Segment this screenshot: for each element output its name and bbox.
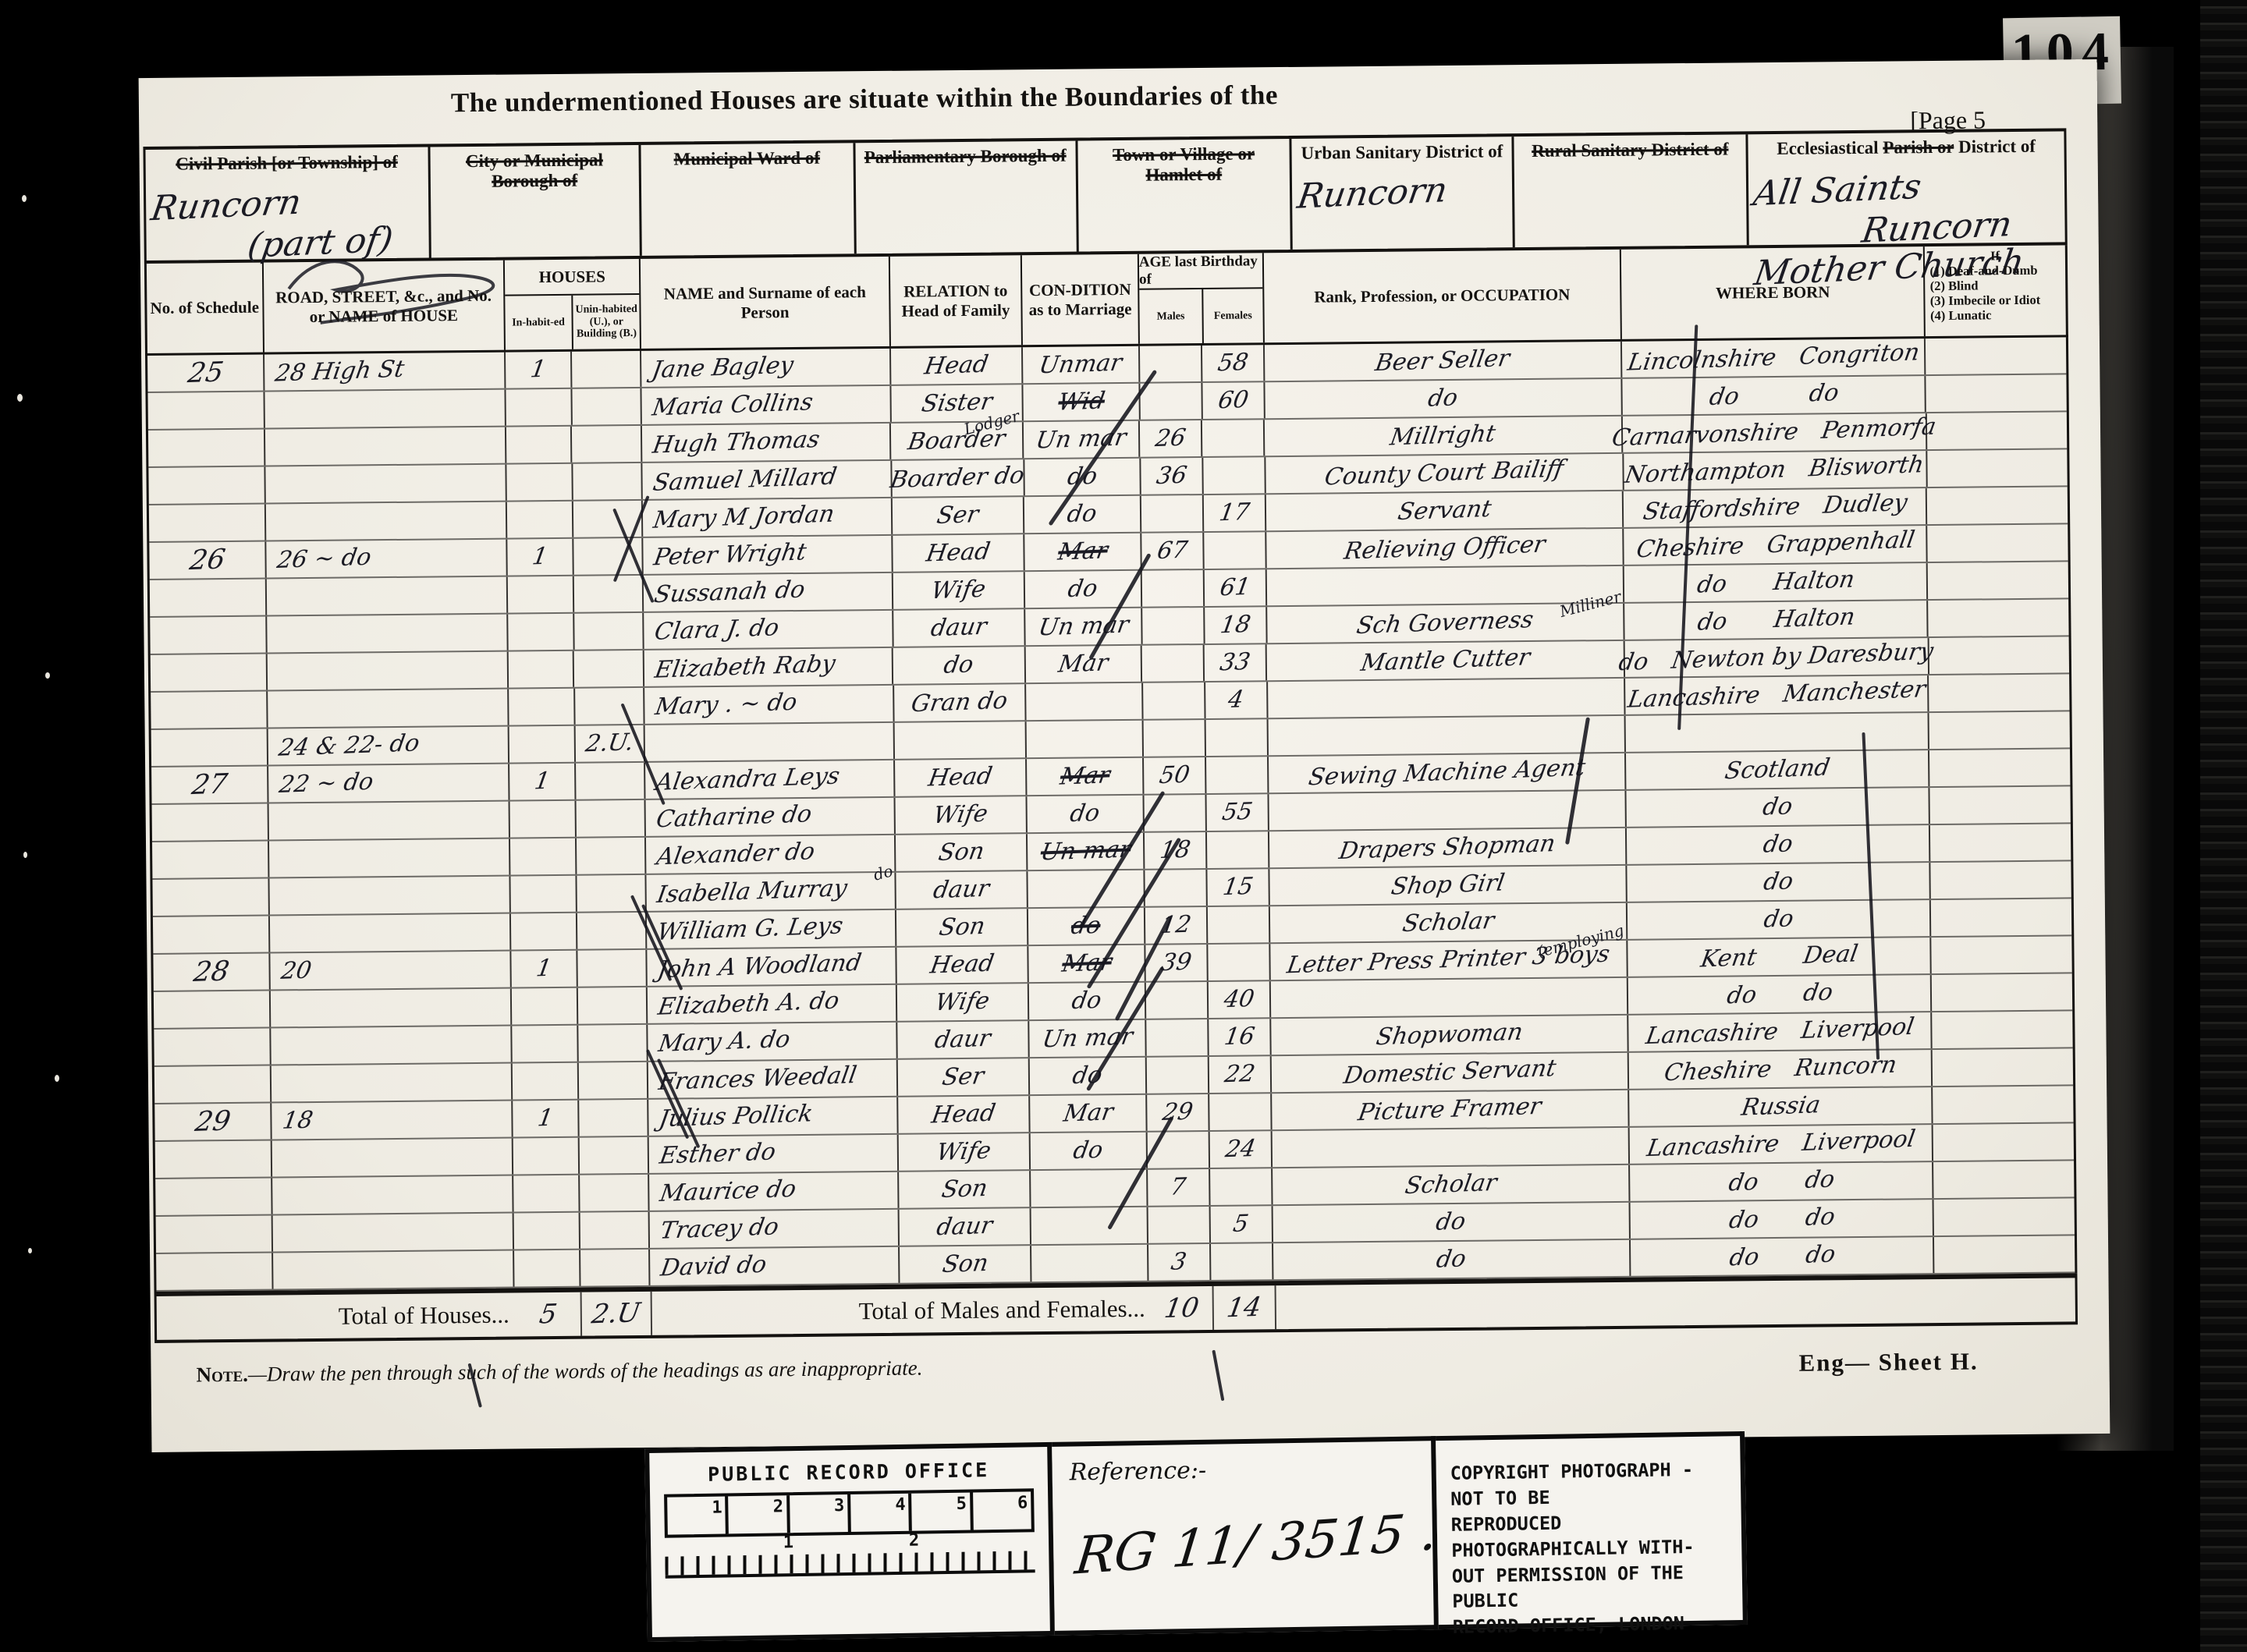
disability-line: If (1929, 248, 2061, 264)
cell-name-text: Jane Bagley (651, 354, 796, 382)
cell-occupation: Drapers Shopman (1269, 828, 1627, 867)
cell-where-born: do do (1623, 376, 1926, 415)
cell-occupation: do (1273, 1203, 1631, 1242)
cell-name-text: Isabella Murray (655, 877, 849, 907)
cell-age-female-text: 24 (1223, 1137, 1257, 1161)
cell-inhabited (513, 1063, 579, 1100)
cell-schedule: 26 (149, 542, 266, 579)
cell-schedule (156, 1216, 273, 1253)
total-mf-label: Total of Males and Females... (652, 1287, 1152, 1335)
cell-inhabited (508, 576, 574, 613)
col-header-occupation: Rank, Profession, or OCCUPATION (1263, 250, 1622, 342)
cell-occupation-text: Drapers Shopman (1337, 832, 1557, 863)
cell-condition-text: Unmar (1038, 352, 1124, 378)
cell-name-text: Catharine do (655, 803, 814, 831)
cell-where-born: do (1627, 788, 1930, 827)
col-header-schedule: No. of Schedule (147, 263, 264, 353)
cell-relation: Head (891, 347, 1024, 385)
cell-age-male: 26 (1140, 420, 1202, 457)
cell-occupation-text: Relieving Officer (1342, 533, 1546, 563)
cell-road (264, 427, 506, 466)
cell-road (272, 1214, 514, 1252)
pro-ruler-box: PUBLIC RECORD OFFICE 123456 1 2 (644, 1442, 1055, 1642)
cell-uninhabited (579, 1100, 649, 1136)
copyright-line: RECORD OFFICE, LONDON (1453, 1611, 1731, 1640)
cell-age-male (1142, 570, 1205, 607)
cell-where-born: do Halton (1624, 563, 1928, 602)
geo-header-label: Municipal Ward of (641, 143, 853, 169)
cell-where-born: do do (1631, 1237, 1934, 1276)
cell-inhabited (506, 427, 573, 463)
cell-age-male: 3 (1148, 1244, 1211, 1281)
ruler-cell-number: 5 (957, 1494, 967, 1514)
cell-occupation-text: Scholar (1403, 1172, 1498, 1198)
cell-disability (1933, 1011, 2073, 1048)
cell-condition-text: Mar (1058, 764, 1111, 789)
cell-condition (1028, 870, 1145, 907)
cell-uninhabited (580, 1212, 650, 1249)
cell-where-born: Lancashire Manchester (1625, 675, 1929, 714)
cell-age-female: 61 (1204, 569, 1266, 606)
cell-age-male (1148, 1132, 1210, 1168)
cell-relation: Ser (893, 497, 1025, 534)
cell-uninhabited-text: 2.U. (584, 731, 636, 756)
cell-road (269, 877, 511, 915)
cell-inhabited (506, 389, 572, 426)
col-header-disability: If (1) Deaf-and-Dumb (2) Blind (3) Imbec… (1925, 245, 2066, 336)
cell-condition: Mar (1025, 534, 1142, 570)
cell-occupation: Picture Framer (1272, 1090, 1630, 1129)
cell-age-female-text: 18 (1218, 613, 1251, 637)
cell-age-male-text: 50 (1158, 764, 1191, 788)
cell-disability (1929, 599, 2069, 636)
disability-line: (4) Lunatic (1930, 307, 2061, 324)
cell-schedule-text: 29 (193, 1108, 232, 1136)
copyright-line: COPYRIGHT PHOTOGRAPH - NOT TO BE (1450, 1456, 1729, 1512)
cell-road (271, 1064, 513, 1102)
cell-road-text: 24 & 22- do (277, 732, 421, 760)
cell-road-text: 26 ~ do (275, 546, 373, 573)
cell-relation-text: daur (933, 1027, 992, 1053)
cell-age-male: 29 (1147, 1094, 1209, 1131)
cell-where-born: Carnarvonshire Penmorfa (1622, 413, 1926, 452)
geo-header-box: Municipal Ward of (641, 143, 856, 256)
cell-relation-text: Wife (934, 990, 992, 1016)
cell-schedule (153, 916, 270, 953)
cell-occupation: Servant (1265, 491, 1624, 530)
cell-condition-text: do (1070, 989, 1103, 1013)
cell-name: Peter Wright (644, 536, 893, 574)
cell-occupation-text: Sewing Machine Agent (1307, 757, 1587, 790)
cell-age-female (1207, 831, 1269, 868)
cell-occupation: Sch GovernessMilliner (1267, 604, 1625, 643)
cell-name-text: Tracey do (659, 1215, 781, 1243)
cell-disability (1932, 936, 2072, 973)
cell-where-born-text: Cheshire Runcorn (1663, 1054, 1898, 1086)
cell-relation-text: Head (930, 1102, 997, 1128)
cell-occupation-text: do (1435, 1247, 1468, 1271)
cell-inhabited (512, 1026, 578, 1062)
cell-where-born-text: do (1762, 907, 1795, 931)
footer-note-text: —Draw the pen through such of the words … (248, 1356, 923, 1386)
cell-where-born: Kent Deal (1628, 938, 1932, 977)
total-houses-label: Total of Houses... (157, 1293, 516, 1340)
cell-age-female: 4 (1205, 682, 1268, 718)
cell-uninhabited (580, 1250, 651, 1286)
cell-occupation: Sewing Machine Agent (1269, 753, 1627, 792)
cell-occupation: Millright (1265, 417, 1623, 456)
pro-ruler-ticks: 1 2 (665, 1532, 1035, 1578)
cell-condition: do (1025, 571, 1142, 608)
cell-schedule (154, 1029, 271, 1065)
cell-where-born-text: do do (1725, 981, 1834, 1009)
cell-where-born-text: Lancashire Liverpool (1645, 1128, 1917, 1161)
cell-relation: daur (897, 1021, 1030, 1058)
cell-where-born-text: Lincolnshire Congriton (1626, 341, 1921, 374)
cell-name: Elizabeth Raby (644, 648, 894, 686)
col-group-houses: HOUSES In-habit-ed Unin-habited (U.), or… (505, 259, 642, 350)
footer-note-prefix: Note. (196, 1363, 248, 1387)
cell-where-born: do do (1631, 1200, 1934, 1239)
cell-schedule (155, 1179, 272, 1215)
cell-relation: Boarder do (892, 459, 1024, 497)
cell-age-male (1142, 645, 1205, 682)
cell-disability (1934, 1235, 2075, 1273)
col-header-relation: RELATION to Head of Family (890, 255, 1024, 346)
cell-uninhabited (578, 1062, 648, 1099)
cell-uninhabited (574, 651, 644, 687)
cell-inhabited: 1 (507, 539, 573, 576)
cell-condition: Un mar (1024, 421, 1141, 458)
cell-disability (1926, 337, 2066, 374)
margin-speck (17, 394, 23, 402)
col-header-inhabited: In-habit-ed (505, 296, 573, 350)
geo-label-part: District of (1954, 136, 2036, 157)
cell-inhabited: 1 (506, 352, 572, 388)
geo-header-label: Urban Sanitary District of (1292, 136, 1512, 163)
geo-handwritten-value: Runcorn (1298, 171, 1518, 213)
cell-inhabited (509, 726, 575, 763)
cell-relation-text: Wife (930, 578, 988, 604)
geo-label-part: Parish or (1883, 137, 1954, 158)
pro-ruler-scale: 123456 (664, 1488, 1035, 1537)
cell-occupation-text: Servant (1396, 498, 1493, 524)
cell-occupation-text: Shop Girl (1390, 871, 1507, 899)
cell-road (267, 615, 509, 653)
cell-name-text: Maurice do (658, 1178, 798, 1206)
disability-line: (1) Deaf-and-Dumb (1929, 263, 2061, 279)
cell-road: 22 ~ do (268, 764, 510, 803)
cell-inhabited (508, 614, 574, 651)
cell-occupation: Mantle Cutter (1266, 641, 1624, 680)
cell-road: 28 High St (264, 353, 506, 391)
cell-name: Clara J. do (644, 611, 894, 649)
cell-relation: daur (899, 1208, 1031, 1246)
copyright-text: COPYRIGHT PHOTOGRAPH - NOT TO BEREPRODUC… (1436, 1436, 1743, 1640)
cell-name: Mary A. do (648, 1023, 898, 1061)
cell-relation-text: Sister (920, 390, 994, 416)
cell-condition: do (1028, 796, 1145, 832)
cell-uninhabited (572, 388, 642, 425)
cell-age-female: 17 (1204, 495, 1266, 531)
cell-age-female-text: 61 (1218, 576, 1251, 600)
cell-occupation: Shopwoman (1271, 1016, 1629, 1055)
cell-schedule (152, 804, 269, 841)
cell-relation-text: Gran do (910, 690, 1010, 716)
cell-disability (1933, 1086, 2074, 1123)
geo-header-label: Ecclesiastical Parish or District of (1748, 131, 2064, 159)
cell-where-born: Russia (1630, 1087, 1933, 1126)
cell-age-female: 18 (1205, 607, 1267, 643)
cell-road (266, 577, 508, 615)
cell-age-male (1146, 1019, 1209, 1056)
cell-inhabited-text: 1 (534, 957, 553, 981)
cell-uninhabited (579, 1137, 649, 1174)
cell-name-text: William G. Leys (656, 914, 845, 945)
cell-condition-text: Mar (1056, 651, 1109, 676)
sheet-designation: Eng— Sheet H. (1798, 1348, 1978, 1377)
cell-age-female (1202, 420, 1265, 456)
cell-uninhabited (574, 613, 644, 650)
cell-relation: Wife (898, 1133, 1031, 1171)
cell-age-female (1211, 1243, 1273, 1280)
cell-age-female-text: 17 (1217, 501, 1251, 525)
cell-road (265, 502, 507, 541)
ruler-number: 2 (909, 1531, 920, 1551)
cell-schedule (148, 467, 265, 504)
cell-disability (1933, 1161, 2074, 1198)
cell-relation: BoarderLodger (891, 422, 1024, 459)
cell-relation: daur (896, 871, 1028, 909)
cell-age-female (1210, 1168, 1273, 1205)
cell-road (270, 989, 512, 1027)
cell-occupation: Scholar (1273, 1165, 1631, 1204)
cell-age-female (1208, 906, 1270, 943)
cell-where-born: Lancashire Liverpool (1630, 1125, 1933, 1164)
ruler-cell: 3 (790, 1494, 851, 1533)
cell-age-female: 22 (1209, 1056, 1271, 1093)
cell-where-born-text: do Newton by Daresbury (1617, 640, 1935, 675)
cell-inhabited-text: 1 (531, 545, 549, 569)
cell-name-text: John A Woodland (656, 952, 864, 982)
cell-age-male (1148, 1207, 1210, 1243)
cell-occupation: County Court Bailiff (1265, 454, 1624, 493)
cell-name-text: Alexander do (655, 840, 817, 869)
cell-age-male: 12 (1145, 907, 1208, 944)
cell-name: Alexander do (646, 835, 896, 874)
cell-schedule (152, 879, 269, 916)
col-header-uninhabited: Unin-habited (U.), or Building (B.) (573, 295, 640, 349)
cell-uninhabited (572, 351, 642, 388)
cell-where-born: Northampton Blisworth (1624, 451, 1927, 490)
cell-relation (894, 721, 1027, 759)
col-header-females: Females (1203, 289, 1262, 343)
cell-occupation-text: County Court Bailiff (1322, 458, 1565, 490)
cell-name: John A Woodland (648, 948, 897, 986)
cell-road (268, 690, 509, 728)
cell-relation: daur (893, 609, 1026, 647)
film-edge-noise (2200, 0, 2247, 1652)
cell-where-born-text: do Halton (1695, 568, 1856, 597)
cell-uninhabited (573, 576, 644, 612)
cell-schedule-text: 28 (191, 958, 230, 987)
cell-inhabited (512, 988, 578, 1025)
cell-name-text: Elizabeth A. do (657, 989, 841, 1019)
cell-age-female-text: 15 (1221, 875, 1255, 899)
cell-uninhabited (572, 426, 642, 463)
cell-schedule (154, 1066, 272, 1103)
cell-name: Mary M Jordan (643, 498, 893, 537)
cell-name: Catharine do (646, 798, 896, 836)
cell-age-male (1140, 383, 1202, 420)
cell-uninhabited (577, 913, 648, 949)
cell-name: Frances Weedall (648, 1060, 898, 1098)
cell-relation-text: Head (923, 353, 990, 379)
cell-uninhabited (577, 950, 648, 987)
cell-occupation-text: Sch Governess (1355, 608, 1535, 638)
cell-relation-text: Head (925, 541, 992, 566)
cell-condition (1026, 683, 1143, 720)
cell-relation-text: do (942, 653, 975, 677)
margin-speck (22, 195, 27, 202)
cell-schedule (147, 392, 264, 429)
cell-road (270, 914, 512, 952)
cell-relation-text: Son (936, 840, 985, 865)
cell-disability (1930, 824, 2071, 861)
total-houses-inhabited: 5 (516, 1292, 583, 1337)
cell-where-born: Cheshire Grappenhall (1624, 526, 1928, 565)
cell-schedule-text: 25 (186, 359, 225, 388)
cell-relation: Head (893, 534, 1025, 572)
cell-uninhabited (578, 1025, 648, 1062)
cell-relation: Son (896, 834, 1028, 871)
cell-age-male: 67 (1141, 533, 1204, 569)
cell-age-female-text: 5 (1231, 1212, 1250, 1236)
cell-schedule-text: 27 (190, 771, 229, 799)
cell-inhabited-text: 1 (536, 1107, 555, 1131)
cell-inhabited-text: 1 (533, 770, 552, 794)
ruler-cell: 5 (911, 1492, 973, 1530)
cell-road (269, 839, 511, 877)
cell-name-text: Clara J. do (653, 616, 781, 644)
geo-value-line: Runcorn (1295, 167, 1522, 217)
cell-where-born-text: Kent Deal (1699, 942, 1860, 971)
cell-age-female-text: 4 (1226, 688, 1245, 712)
geo-header-box: Rural Sanitary District of (1514, 134, 1749, 247)
cell-road (272, 1139, 513, 1177)
geo-header-label: Town or Village or Hamlet of (1077, 139, 1290, 186)
ruler-cell-number: 2 (773, 1497, 784, 1516)
cell-relation: Gran do (894, 684, 1027, 721)
cell-occupation: Shop Girl (1269, 866, 1628, 905)
cell-name: Hugh Thomas (642, 424, 892, 462)
cell-relation-text: Son (937, 915, 986, 940)
copyright-box: COPYRIGHT PHOTOGRAPH - NOT TO BEREPRODUC… (1436, 1431, 1748, 1629)
cell-road: 26 ~ do (266, 540, 508, 578)
cell-name: Jane Bagley (641, 349, 891, 387)
cell-road (265, 465, 507, 503)
cell-name: Esther do (649, 1135, 899, 1173)
disability-line: (2) Blind (1930, 278, 2061, 294)
cell-age-male: 36 (1141, 458, 1204, 495)
ruler-cell-number: 6 (1017, 1493, 1028, 1512)
cell-name-text: Mary A. do (657, 1028, 792, 1056)
cell-age-female: 5 (1210, 1206, 1273, 1243)
cell-occupation: Letter Press Printer 3 boys(employing (1270, 941, 1628, 980)
cell-occupation: do (1273, 1240, 1631, 1279)
cell-inhabited (510, 876, 577, 913)
col-header-road: ROAD, STREET, &c., and No. or NAME of HO… (264, 261, 506, 353)
cell-condition-text: Wid (1056, 389, 1106, 414)
ruler-cell: 1 (667, 1496, 729, 1534)
cell-condition: do (1024, 496, 1141, 533)
cell-condition: Unmar (1023, 346, 1140, 383)
cell-name-text: Mary M Jordan (652, 503, 836, 533)
cell-age-female-text: 55 (1220, 800, 1254, 824)
cell-name: Samuel Millard (643, 461, 893, 499)
total-females: 14 (1214, 1285, 1277, 1330)
cell-age-male (1142, 608, 1205, 644)
cell-disability (1930, 786, 2071, 824)
cell-age-female: 55 (1206, 794, 1269, 831)
cell-age-female-text: 60 (1216, 388, 1250, 413)
cell-occupation-text: Mantle Cutter (1358, 646, 1531, 675)
cell-where-born: Staffordshire Dudley (1624, 488, 1927, 527)
disability-line: (3) Imbecile or Idiot (1930, 292, 2061, 309)
margin-speck (45, 672, 50, 679)
cell-uninhabited (576, 800, 646, 837)
cell-age-female-text: 22 (1223, 1062, 1256, 1087)
cell-where-born: do (1628, 863, 1931, 902)
cell-schedule: 28 (153, 954, 270, 991)
cell-occupation-text: Scholar (1400, 909, 1496, 936)
copyright-line: REPRODUCED PHOTOGRAPHICALLY WITH- (1451, 1508, 1730, 1563)
cell-age-female: 33 (1205, 644, 1267, 681)
cell-name: Isabella Murraydo (647, 873, 896, 911)
cell-name: Elizabeth A. do (648, 985, 897, 1023)
cell-age-female (1209, 1094, 1272, 1130)
cell-where-born-text: do do (1727, 1243, 1837, 1271)
cell-occupation (1268, 679, 1626, 718)
cell-relation: Wife (895, 796, 1028, 834)
cell-name: Alexandra Leys (646, 760, 896, 799)
cell-occupation: do (1265, 379, 1623, 418)
census-rows: 2528 High St1Jane BagleyHeadUnmar58Beer … (145, 337, 2077, 1292)
cell-road (267, 652, 509, 690)
cell-condition (1027, 721, 1144, 757)
cell-name-text: Esther do (658, 1140, 778, 1168)
cell-occupation-text: Picture Framer (1357, 1095, 1543, 1125)
cell-condition-text: do (1069, 802, 1102, 826)
cell-relation-text: Son (940, 1252, 989, 1277)
ruler-cell-number: 3 (834, 1496, 845, 1516)
cell-road (271, 1026, 513, 1065)
cell-where-born-text: Cheshire Grappenhall (1635, 529, 1916, 562)
geo-header-label: Rural Sanitary District of (1514, 134, 1746, 161)
cell-road (272, 1176, 514, 1214)
col-group-age: AGE last Birthday of Males Females (1139, 253, 1265, 344)
age-group-label: AGE last Birthday of (1139, 253, 1262, 290)
sheet-title: The undermentioned Houses are situate wi… (139, 76, 1590, 122)
cell-where-born-text: do (1762, 832, 1794, 856)
cell-disability (1927, 487, 2068, 524)
cell-disability (1929, 636, 2069, 674)
cell-schedule (150, 580, 267, 616)
cell-inhabited (511, 913, 577, 950)
cell-occupation: Relieving Officer (1266, 529, 1624, 568)
cell-age-female (1203, 457, 1265, 494)
cell-occupation (1270, 978, 1628, 1017)
